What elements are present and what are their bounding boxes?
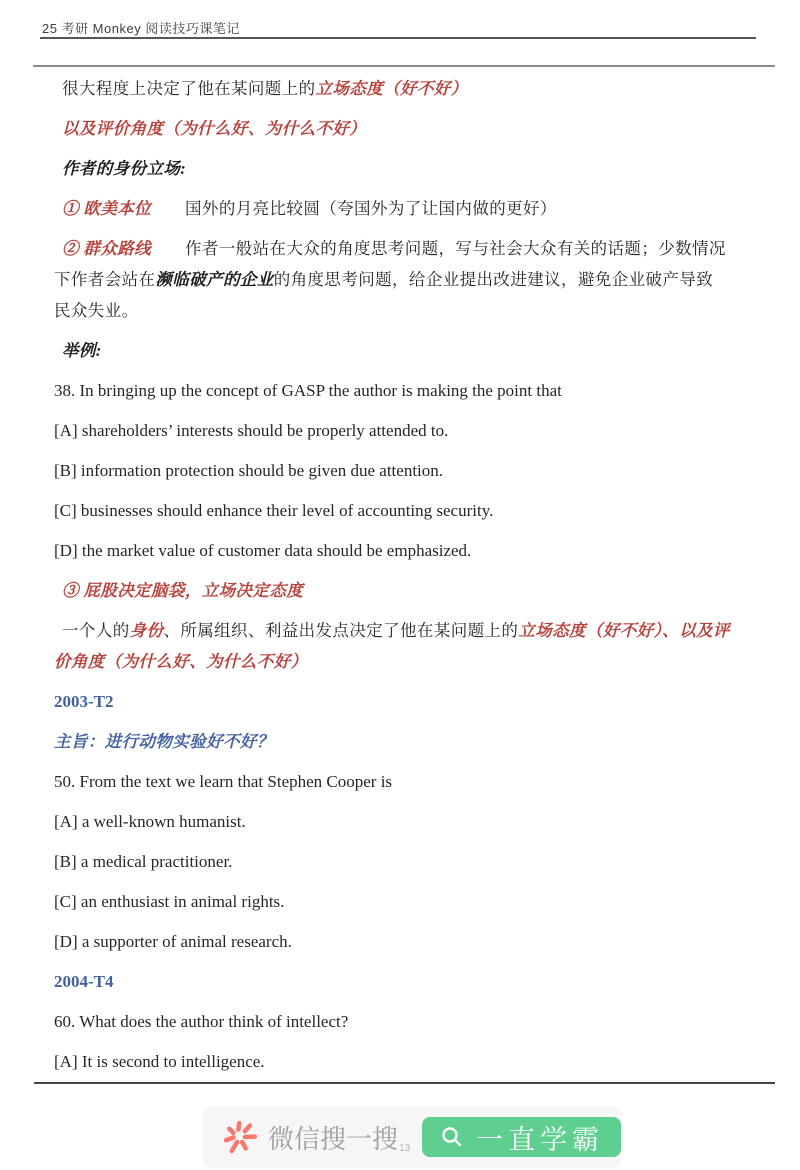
text-line: 38. In bringing up the concept of GASP t… [54,375,754,406]
text-segment-blue-kai: 主旨：进行动物实验好不好？ [54,732,274,751]
text-segment-label-red: ② 群众路线 [62,239,151,258]
text-segment-red: 以及评价角度（为什么好、为什么不好） [62,119,366,138]
text-segment-plain: 38. In bringing up the concept of GASP t… [54,381,562,400]
text-segment-plain: [B] information protection should be giv… [54,461,443,480]
search-icon [440,1125,464,1149]
text-line: [B] a medical practitioner. [54,846,754,877]
text-segment-plain: [D] a supporter of animal research. [54,932,292,951]
text-segment-plain: 60. What does the author think of intell… [54,1012,348,1031]
page-header-title: 25 考研 Monkey 阅读技巧课笔记 [42,18,240,37]
document-body: 很大程度上决定了他在某问题上的立场态度（好不好）以及评价角度（为什么好、为什么不… [54,73,754,1086]
header-rule [40,37,756,39]
text-segment-plain: [A] It is second to intelligence. [54,1052,265,1071]
text-line: ② 群众路线作者一般站在大众的角度思考问题，写与社会大众有关的话题；少数情况 [54,233,754,264]
text-line: 主旨：进行动物实验好不好？ [54,726,754,757]
text-segment-red: ③ 屁股决定脑袋，立场决定态度 [62,581,303,600]
text-segment-plain: [C] businesses should enhance their leve… [54,501,493,520]
text-line: [C] an enthusiast in animal rights. [54,886,754,917]
text-line: [A] a well-known humanist. [54,806,754,837]
text-segment-plain: 国外的月亮比较圆（夸国外为了让国内做的更好） [185,199,557,218]
watermark-banner: 微信搜一搜 13 一直学霸 [203,1106,621,1168]
text-segment-red: 价角度（为什么好、为什么不好） [54,652,308,671]
content-top-rule [33,65,775,67]
text-segment-plain: 下作者会站在 [54,270,155,289]
text-line: 作者的身份立场: [54,153,754,184]
text-segment-plain: [C] an enthusiast in animal rights. [54,892,284,911]
text-line: 举例: [54,335,754,366]
text-segment-plain: [A] a well-known humanist. [54,812,246,831]
text-segment-red: 立场态度（好不好）、以及评 [518,621,729,640]
text-line: 60. What does the author think of intell… [54,1006,754,1037]
text-segment-plain: 很大程度上决定了他在某问题上的 [62,79,316,98]
text-line: 下作者会站在濒临破产的企业的角度思考问题，给企业提出改进建议，避免企业破产导致 [54,264,754,295]
text-segment-plain: 的角度思考问题，给企业提出改进建议，避免企业破产导致 [274,270,713,289]
text-segment-plain: 民众失业。 [54,301,139,320]
text-segment-plain: [A] shareholders’ interests should be pr… [54,421,448,440]
wechat-search-sparkle-icon [222,1119,258,1155]
text-line: ① 欧美本位国外的月亮比较圆（夸国外为了让国内做的更好） [54,193,754,224]
text-segment-red: 身份 [130,621,164,640]
content-bottom-rule [34,1082,775,1084]
text-segment-plain: [B] a medical practitioner. [54,852,232,871]
text-line: 一个人的身份、所属组织、利益出发点决定了他在某问题上的立场态度（好不好）、以及评 [54,615,754,646]
document-page: 25 考研 Monkey 阅读技巧课笔记 很大程度上决定了他在某问题上的立场态度… [0,0,800,1170]
text-segment-plain: [D] the market value of customer data sh… [54,541,471,560]
text-line: 50. From the text we learn that Stephen … [54,766,754,797]
text-line: [C] businesses should enhance their leve… [54,495,754,526]
text-segment-plain: 、所属组织、利益出发点决定了他在某问题上的 [163,621,518,640]
text-segment-blue: 2003-T2 [54,692,114,711]
text-line: 2004-T4 [54,966,754,997]
text-segment-plain: 一个人的 [62,621,130,640]
text-segment-bold: 作者的身份立场: [62,159,186,178]
text-segment-label-red: ① 欧美本位 [62,199,151,218]
search-pill: 一直学霸 [422,1117,621,1157]
text-line: 价角度（为什么好、为什么不好） [54,646,754,677]
text-segment-blue: 2004-T4 [54,972,114,991]
search-pill-label: 一直学霸 [476,1118,604,1157]
text-line: 2003-T2 [54,686,754,717]
text-segment-plain: 作者一般站在大众的角度思考问题，写与社会大众有关的话题；少数情况 [185,239,726,258]
text-segment-plain: 50. From the text we learn that Stephen … [54,772,392,791]
text-line: 民众失业。 [54,295,754,326]
watermark-brand-text: 微信搜一搜 [268,1119,398,1156]
text-line: [B] information protection should be giv… [54,455,754,486]
text-line: 以及评价角度（为什么好、为什么不好） [54,113,754,144]
text-line: ③ 屁股决定脑袋，立场决定态度 [54,575,754,606]
text-line: [D] a supporter of animal research. [54,926,754,957]
text-segment-bold: 举例: [62,341,102,360]
text-segment-red: 立场态度（好不好） [316,79,468,98]
page-number: 13 [399,1143,410,1154]
text-line: 很大程度上决定了他在某问题上的立场态度（好不好） [54,73,754,104]
text-line: [A] It is second to intelligence. [54,1046,754,1077]
text-segment-bold: 濒临破产的企业 [155,270,273,289]
text-line: [A] shareholders’ interests should be pr… [54,415,754,446]
text-line: [D] the market value of customer data sh… [54,535,754,566]
